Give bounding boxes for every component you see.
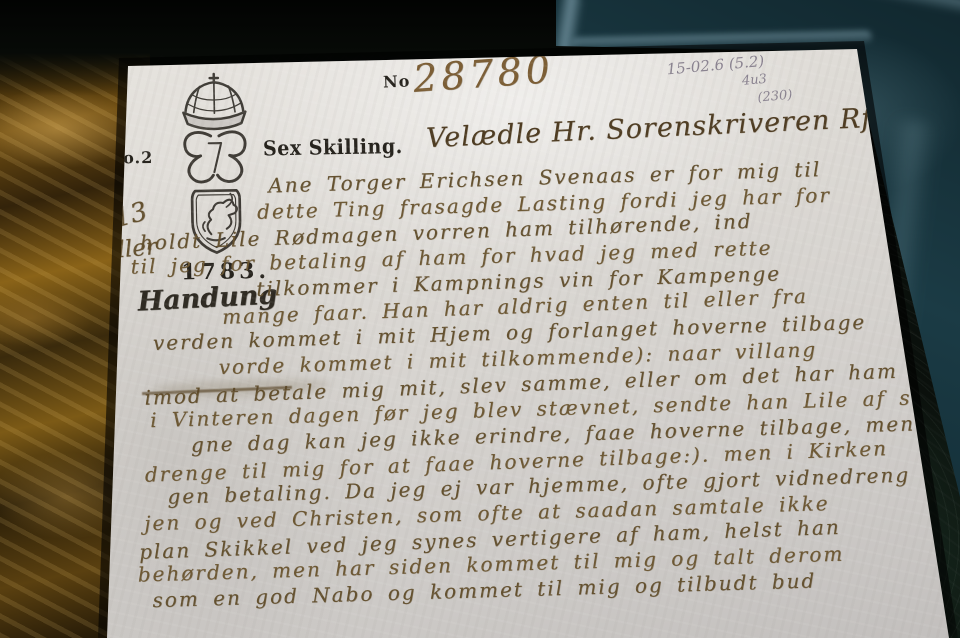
stamp-edge-fragment: o.2 [123, 148, 153, 168]
stamp-denomination-text: Sex Skilling. [263, 135, 403, 161]
handwritten-line: holdt Lile Rødmagen vorren ham tilhørend… [120, 203, 930, 258]
handwritten-body: Ane Torger Erichsen Svenaas er for mig t… [118, 154, 941, 615]
handwritten-line: drenge til mig for at faae hoverne tilba… [126, 434, 936, 489]
pencil-note-line: 4u3 [668, 69, 792, 97]
handwritten-line: i Vinteren dagen før jeg blev stævnet, s… [125, 385, 935, 435]
handwritten-line: imod at betale mig mit, slev samme, elle… [124, 357, 934, 412]
handwritten-line: jen og ved Christen, som ofte at saadan … [128, 488, 938, 538]
handwritten-line: Ane Torger Erichsen Svenaas er for mig t… [118, 154, 928, 204]
revenue-stamp-block: o.2 Sex Skilling. 1783. Handung 13 uller [115, 57, 410, 352]
handwritten-line: til jeg for betaling af ham for hvad jeg… [120, 231, 930, 281]
handwritten-line: vorde kommet i mit tilkommende): naar vi… [123, 334, 933, 384]
handwritten-line: tilkommer i Kampnings vin for Kampenge [121, 257, 931, 307]
handwritten-line: gne dag kan jeg ikke erindre, faae hover… [126, 411, 936, 461]
stamp-year: 1783. [181, 258, 270, 286]
crown-monogram-lion-shield-icon [166, 70, 265, 258]
handwritten-line: plan Skikkel ved jeg synes vertigere af … [129, 511, 939, 566]
handwritten-line: som en god Nabo og kommet til mig og til… [130, 565, 940, 615]
serial-prefix: No [383, 72, 411, 92]
ink-smudge [150, 377, 330, 399]
pencil-note-line: 15-02.6 (5.2) [666, 49, 790, 80]
handwritten-line: mange faar. Han har aldrig enten til ell… [122, 280, 932, 335]
handwritten-line: behørden, men har siden kommet til mig o… [129, 539, 939, 589]
salutation-line: Velædle Hr. Sorenskriveren Rfch! [426, 101, 920, 154]
handwritten-line: verden kommet i mit Hjem og forlanget ho… [123, 308, 933, 358]
document-paper: No 28780 15-02.6 (5.2) 4u3 (230) Velædle… [0, 0, 960, 638]
strikethrough-mark [142, 386, 292, 395]
handwritten-line: dette Ting frasagde Lasting fordi jeg ha… [119, 180, 929, 230]
photo-of-historical-document: No 28780 15-02.6 (5.2) 4u3 (230) Velædle… [0, 0, 960, 638]
pencil-note-line: (230) [669, 86, 793, 114]
handwritten-line: gen betaling. Da jeg ej var hjemme, ofte… [127, 462, 937, 512]
glass-highlight-streak [813, 0, 960, 29]
pencil-archive-note: 15-02.6 (5.2) 4u3 (230) [666, 49, 793, 115]
stamp-handwritten-word: Handung [137, 279, 278, 317]
